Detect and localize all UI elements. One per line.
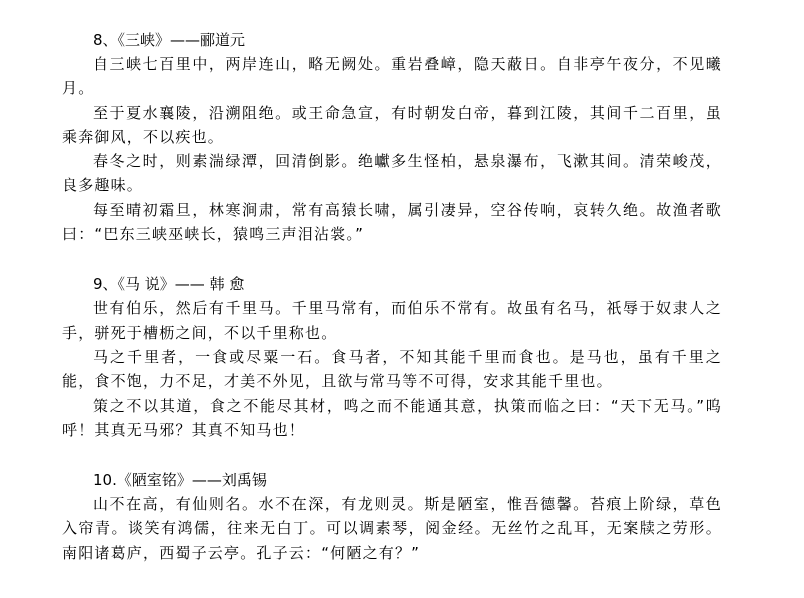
paragraph: 春冬之时，则素湍绿潭，回清倒影。绝巘多生怪柏，悬泉瀑布，飞漱其间。清荣峻茂，良多…: [62, 149, 722, 198]
paragraph: 世有伯乐，然后有千里马。千里马常有，而伯乐不常有。故虽有名马，祇辱于奴隶人之手，…: [62, 296, 722, 345]
section-title: 10.《陋室铭》——刘禹锡: [62, 468, 762, 492]
paragraph: 策之不以其道，食之不能尽其材，鸣之而不能通其意，执策而临之曰：“天下无马。”呜呼…: [62, 394, 722, 443]
paragraph: 至于夏水襄陵，沿溯阻绝。或王命急宣，有时朝发白帝，暮到江陵，其间千二百里，虽乘奔…: [62, 101, 722, 150]
paragraph: 山不在高，有仙则名。水不在深，有龙则灵。斯是陋室，惟吾德馨。苔痕上阶绿，草色入帘…: [62, 492, 722, 565]
paragraph: 自三峡七百里中，两岸连山，略无阙处。重岩叠嶂，隐天蔽日。自非亭午夜分，不见曦月。: [62, 52, 722, 101]
section-three-gorges: 8、《三峡》——郦道元 自三峡七百里中，两岸连山，略无阙处。重岩叠嶂，隐天蔽日。…: [62, 28, 762, 246]
paragraph: 马之千里者，一食或尽粟一石。食马者，不知其能千里而食也。是马也，虽有千里之能，食…: [62, 345, 722, 394]
document-body: 8、《三峡》——郦道元 自三峡七百里中，两岸连山，略无阙处。重岩叠嶂，隐天蔽日。…: [62, 28, 762, 565]
section-ma-shuo: 9、《马 说》—— 韩 愈 世有伯乐，然后有千里马。千里马常有，而伯乐不常有。故…: [62, 272, 762, 442]
paragraph: 每至晴初霜旦，林寒涧肃，常有高猿长啸，属引凄异，空谷传响，哀转久绝。故渔者歌曰：…: [62, 198, 722, 247]
section-lou-shi-ming: 10.《陋室铭》——刘禹锡 山不在高，有仙则名。水不在深，有龙则灵。斯是陋室，惟…: [62, 468, 762, 565]
section-title: 9、《马 说》—— 韩 愈: [62, 272, 762, 296]
section-title: 8、《三峡》——郦道元: [62, 28, 762, 52]
